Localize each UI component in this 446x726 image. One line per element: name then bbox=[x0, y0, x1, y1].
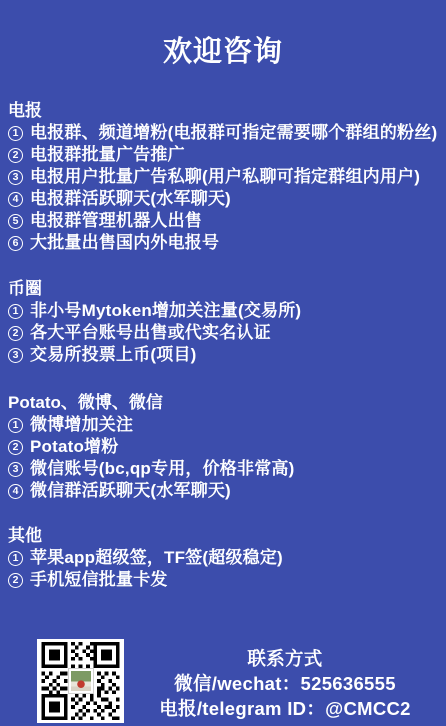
item-number-badge: 3 bbox=[8, 170, 23, 185]
qr-center-photo-image bbox=[71, 671, 91, 691]
section-header-crypto: 币圈 bbox=[8, 278, 442, 300]
list-item: 2 各大平台账号出售或代实名认证 bbox=[8, 322, 442, 344]
item-text: 交易所投票上币(项目) bbox=[30, 344, 197, 366]
contact-telegram-line: 电报/telegram ID：@CMCC2 bbox=[124, 696, 446, 721]
list-item: 1 微博增加关注 bbox=[8, 414, 442, 436]
item-text: 非小号Mytoken增加关注量(交易所) bbox=[30, 300, 301, 322]
list-item: 2 手机短信批量卡发 bbox=[8, 569, 442, 591]
item-text: 电报用户批量广告私聊(用户私聊可指定群组内用户) bbox=[30, 166, 420, 188]
poster-background: 欢迎咨询 电报 1 电报群、频道增粉(电报群可指定需要哪个群组的粉丝) 2 电报… bbox=[0, 0, 446, 726]
item-number-badge: 1 bbox=[8, 418, 23, 433]
list-item: 5 电报群管理机器人出售 bbox=[8, 210, 442, 232]
item-number-badge: 2 bbox=[8, 148, 23, 163]
section-header-potato: Potato、微博、微信 bbox=[8, 392, 442, 414]
item-text: 电报群批量广告推广 bbox=[30, 144, 185, 166]
item-text: 微信群活跃聊天(水军聊天) bbox=[30, 480, 231, 502]
page-title: 欢迎咨询 bbox=[0, 0, 446, 67]
item-number-badge: 5 bbox=[8, 214, 23, 229]
section-crypto: 币圈 1 非小号Mytoken增加关注量(交易所) 2 各大平台账号出售或代实名… bbox=[0, 278, 446, 366]
item-text: 苹果app超级签，TF签(超级稳定) bbox=[30, 547, 283, 569]
item-number-badge: 2 bbox=[8, 326, 23, 341]
item-number-badge: 1 bbox=[8, 126, 23, 141]
item-text: 微博增加关注 bbox=[30, 414, 133, 436]
item-number-badge: 4 bbox=[8, 484, 23, 499]
list-item: 4 微信群活跃聊天(水军聊天) bbox=[8, 480, 442, 502]
list-item: 6 大批量出售国内外电报号 bbox=[8, 232, 442, 254]
section-potato-weibo-wechat: Potato、微博、微信 1 微博增加关注 2 Potato增粉 3 微信账号(… bbox=[0, 392, 446, 502]
contact-title: 联系方式 bbox=[124, 646, 446, 671]
item-number-badge: 2 bbox=[8, 573, 23, 588]
item-number-badge: 6 bbox=[8, 236, 23, 251]
contact-wechat-line: 微信/wechat：525636555 bbox=[124, 671, 446, 696]
list-item: 1 电报群、频道增粉(电报群可指定需要哪个群组的粉丝) bbox=[8, 122, 442, 144]
list-item: 3 电报用户批量广告私聊(用户私聊可指定群组内用户) bbox=[8, 166, 442, 188]
item-number-badge: 1 bbox=[8, 304, 23, 319]
contact-block: 联系方式 微信/wechat：525636555 电报/telegram ID：… bbox=[124, 646, 446, 721]
item-text: 电报群、频道增粉(电报群可指定需要哪个群组的粉丝) bbox=[30, 122, 437, 144]
section-header-other: 其他 bbox=[8, 525, 442, 547]
contact-row: 联系方式 微信/wechat：525636555 电报/telegram ID：… bbox=[0, 639, 446, 723]
list-item: 3 交易所投票上币(项目) bbox=[8, 344, 442, 366]
item-number-badge: 4 bbox=[8, 192, 23, 207]
section-other: 其他 1 苹果app超级签，TF签(超级稳定) 2 手机短信批量卡发 bbox=[0, 525, 446, 591]
item-text: 大批量出售国内外电报号 bbox=[30, 232, 219, 254]
list-item: 2 Potato增粉 bbox=[8, 436, 442, 458]
qr-code bbox=[37, 639, 124, 723]
item-text: Potato增粉 bbox=[30, 436, 118, 458]
item-text: 各大平台账号出售或代实名认证 bbox=[30, 322, 271, 344]
list-item: 2 电报群批量广告推广 bbox=[8, 144, 442, 166]
item-text: 电报群活跃聊天(水军聊天) bbox=[30, 188, 231, 210]
list-item: 1 非小号Mytoken增加关注量(交易所) bbox=[8, 300, 442, 322]
list-item: 3 微信账号(bc,qp专用，价格非常高) bbox=[8, 458, 442, 480]
item-text: 手机短信批量卡发 bbox=[30, 569, 168, 591]
qr-center-photo bbox=[68, 668, 94, 694]
item-text: 微信账号(bc,qp专用，价格非常高) bbox=[30, 458, 294, 480]
list-item: 4 电报群活跃聊天(水军聊天) bbox=[8, 188, 442, 210]
list-item: 1 苹果app超级签，TF签(超级稳定) bbox=[8, 547, 442, 569]
item-number-badge: 2 bbox=[8, 440, 23, 455]
section-telegram: 电报 1 电报群、频道增粉(电报群可指定需要哪个群组的粉丝) 2 电报群批量广告… bbox=[0, 100, 446, 254]
item-number-badge: 3 bbox=[8, 348, 23, 363]
item-text: 电报群管理机器人出售 bbox=[30, 210, 202, 232]
item-number-badge: 3 bbox=[8, 462, 23, 477]
section-header-telegram: 电报 bbox=[8, 100, 442, 122]
item-number-badge: 1 bbox=[8, 551, 23, 566]
